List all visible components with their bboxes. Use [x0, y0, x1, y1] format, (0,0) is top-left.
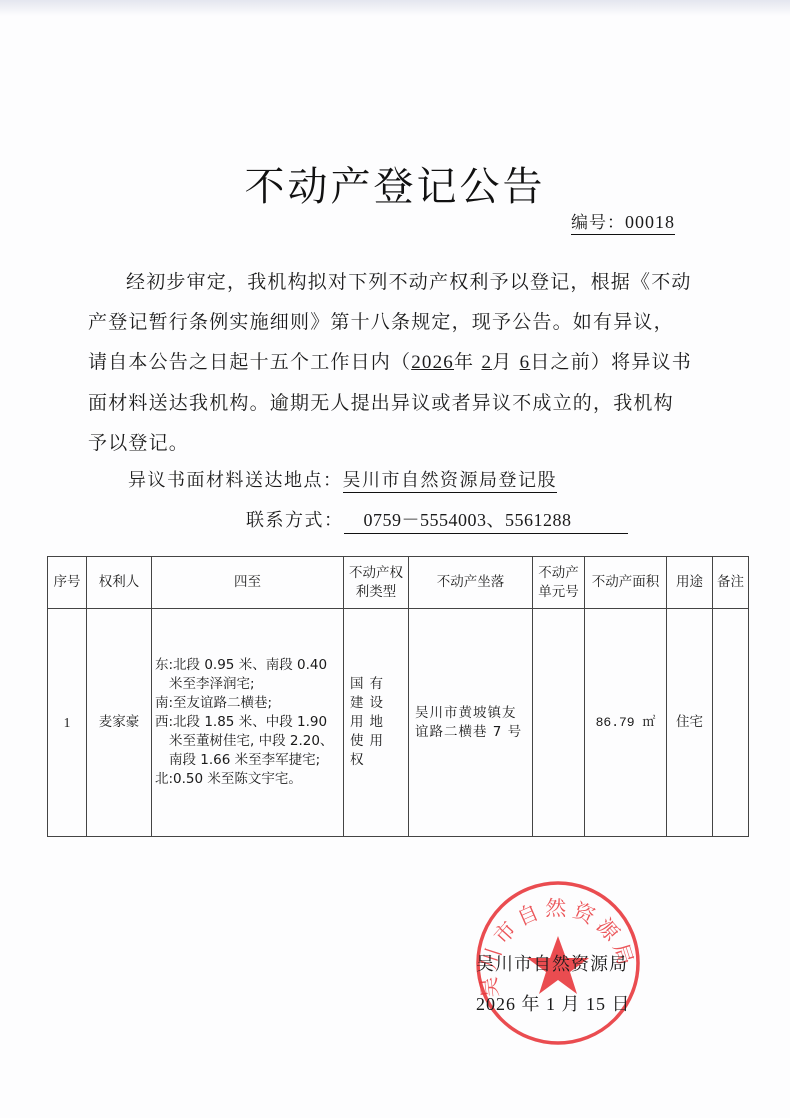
- boundary-line: 南段 1.66 米至李军捷宅;: [155, 751, 341, 770]
- boundary-line: 西:北段 1.85 米、中段 1.90: [155, 713, 341, 732]
- issuing-organization: 吴川市自然资源局: [476, 950, 631, 976]
- doc-number-label: 编号：: [571, 213, 625, 233]
- boundary-line: 米至董树佳宅, 中段 2.20、: [155, 732, 341, 751]
- boundary-line: 米至李泽润宅;: [155, 675, 341, 694]
- contact-phone-value: 0759－5554003、5561288: [344, 506, 628, 534]
- objection-address-label: 异议书面材料送达地点：: [128, 470, 343, 491]
- header-boundaries: 四至: [152, 557, 344, 609]
- header-rights-type: 不动产权利类型: [344, 557, 409, 609]
- deadline-month: 2: [481, 352, 492, 373]
- scan-top-shade: [0, 0, 790, 16]
- header-unit-no: 不动产单元号: [533, 557, 585, 609]
- header-remark: 备注: [713, 557, 749, 609]
- cell-rights-type: 国有建设用地使用权: [344, 609, 409, 837]
- deadline-year: 2026: [411, 352, 454, 373]
- header-location: 不动产坐落: [409, 557, 533, 609]
- cell-area: 86.79 ㎡: [585, 609, 667, 837]
- objection-address-value: 吴川市自然资源局登记股: [343, 470, 558, 493]
- objection-address: 异议书面材料送达地点：吴川市自然资源局登记股: [128, 466, 557, 492]
- notice-body: 经初步审定，我机构拟对下列不动产权利予以登记，根据《不动产登记暂行条例实施细则》…: [88, 262, 692, 463]
- doc-number-value: 00018: [625, 212, 675, 232]
- page-title: 不动产登记公告: [0, 155, 790, 212]
- header-area: 不动产面积: [585, 557, 667, 609]
- deadline-day: 6: [520, 352, 531, 373]
- signature-block: 吴川市自然资源局 2026 年 1 月 15 日: [476, 950, 631, 1016]
- registration-table: 序号 权利人 四至 不动产权利类型 不动产坐落 不动产单元号 不动产面积 用途 …: [47, 556, 749, 837]
- cell-unit-no: [533, 609, 585, 837]
- cell-index: 1: [48, 609, 87, 837]
- table-header-row: 序号 权利人 四至 不动产权利类型 不动产坐落 不动产单元号 不动产面积 用途 …: [48, 557, 749, 609]
- cell-remark: [713, 609, 749, 837]
- year-suffix: 年: [454, 351, 474, 373]
- cell-boundaries: 东:北段 0.95 米、南段 0.40 米至李泽润宅; 南:至友谊路二横巷; 西…: [152, 609, 344, 837]
- contact-label: 联系方式：: [246, 510, 344, 531]
- boundary-line: 北:0.50 米至陈文宇宅。: [155, 770, 341, 789]
- notice-paragraph: 经初步审定，我机构拟对下列不动产权利予以登记，根据《不动产登记暂行条例实施细则》…: [88, 262, 692, 463]
- header-usage: 用途: [667, 557, 713, 609]
- doc-number: 编号：00018: [571, 208, 675, 235]
- header-unit-no-line1: 不动产: [535, 564, 582, 583]
- header-unit-no-line2: 单元号: [535, 583, 582, 602]
- boundary-line: 南:至友谊路二横巷;: [155, 694, 341, 713]
- table-row: 1 麦家豪 东:北段 0.95 米、南段 0.40 米至李泽润宅; 南:至友谊路…: [48, 609, 749, 837]
- boundary-line: 东:北段 0.95 米、南段 0.40: [155, 656, 341, 675]
- cell-usage: 住宅: [667, 609, 713, 837]
- issue-date: 2026 年 1 月 15 日: [476, 990, 631, 1016]
- header-index: 序号: [48, 557, 87, 609]
- header-rights-type-line2: 利类型: [346, 583, 406, 602]
- cell-location: 吴川市黄坡镇友谊路二横巷 7 号: [409, 609, 533, 837]
- header-rights-type-line1: 不动产权: [346, 564, 406, 583]
- month-suffix: 月: [492, 351, 512, 373]
- contact-info: 联系方式：0759－5554003、5561288: [246, 506, 628, 534]
- cell-owner: 麦家豪: [87, 609, 152, 837]
- header-owner: 权利人: [87, 557, 152, 609]
